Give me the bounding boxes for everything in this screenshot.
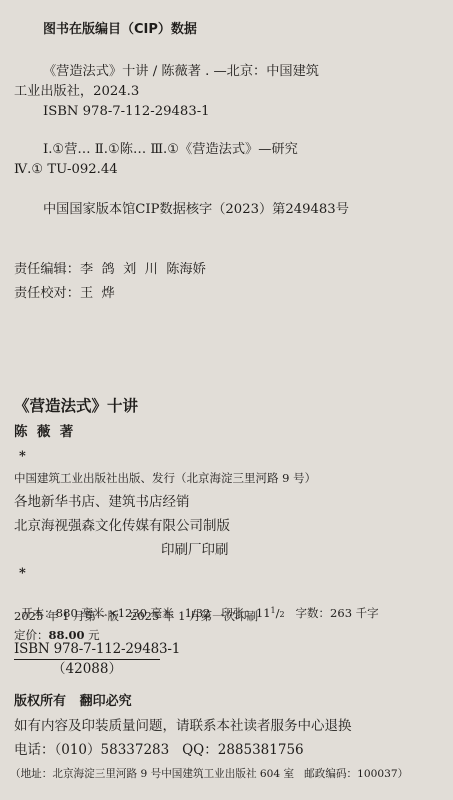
book-title: 《营造法式》十讲 [14,398,138,414]
cip-classification-line2: Ⅳ.① TU-092.44 [14,162,118,178]
editors-label: 责任编辑： [14,262,80,277]
isbn-block: ISBN 978-7-112-29483-1 （42088） [14,641,160,678]
publisher-line: 中国建筑工业出版社出版、发行（北京海淀三里河路 9 号） [14,470,316,486]
price-unit: 元 [85,628,100,642]
cip-verification-number: 中国国家版本馆CIP数据核字（2023）第249483号 [43,202,349,218]
book-author: 陈 薇 著 [14,424,73,440]
colophon-isbn: ISBN 978-7-112-29483-1 [14,641,160,660]
plate-maker-line: 北京海视强森文化传媒有限公司制版 [14,518,230,534]
price-label: 定价： [14,628,49,642]
rights-heading: 版权所有 翻印必究 [14,694,132,710]
cip-entry-line1: 《营造法式》十讲 / 陈薇著 . —北京：中国建筑 [43,64,319,80]
proofreader-line: 责任校对：王 烨 [14,286,115,302]
cip-classification-line1: Ⅰ.①营… Ⅱ.①陈… Ⅲ.①《营造法式》—研究 [43,142,298,158]
isbn-classification-code: （42088） [14,660,160,678]
proofreader-name: 王 烨 [80,286,115,301]
cip-isbn: ISBN 978-7-112-29483-1 [43,104,210,120]
separator-star-2: * [19,566,26,582]
contact-address: （地址：北京海淀三里河路 9 号中国建筑工业出版社 604 室 邮政编码：100… [10,766,408,782]
cip-heading: 图书在版编目（CIP）数据 [43,22,197,38]
separator-star-1: * [19,449,26,465]
cip-entry-line2: 工业出版社，2024.3 [14,84,139,100]
format-suffix: 字数：263 千字 [285,606,379,620]
price-value: 88.00 [49,628,85,642]
editors-names: 李 鸽 刘 川 陈海娇 [80,262,206,277]
printer-line: 印刷厂印刷 [161,542,229,558]
edition-line: 2025 年 1 月第一版 2025 年 1 月第一次印刷 [14,608,258,624]
editors-line: 责任编辑：李 鸽 刘 川 陈海娇 [14,262,206,278]
rights-notice: 如有内容及印装质量问题，请联系本社读者服务中心退换 [14,718,352,734]
proofreader-label: 责任校对： [14,286,80,301]
contact-phone: 电话：（010）58337283 QQ：2885381756 [14,742,304,758]
distributor-line: 各地新华书店、建筑书店经销 [14,494,190,510]
